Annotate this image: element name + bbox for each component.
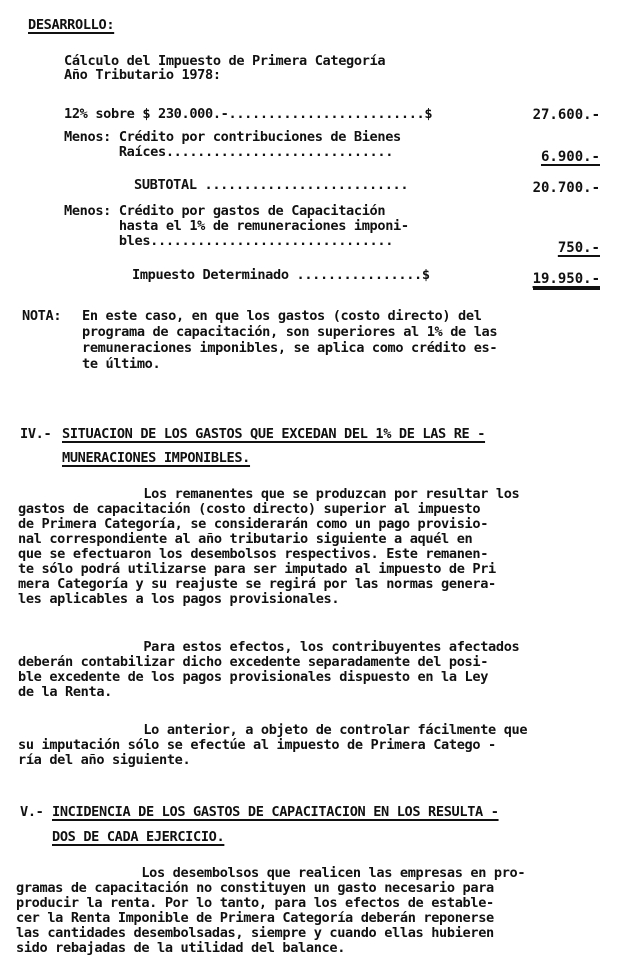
section4-p1-line: Los remanentes que se produzcan por resu… bbox=[18, 487, 519, 502]
nota-label: NOTA: bbox=[22, 309, 61, 324]
section5-p1-line: producir la renta. Por lo tanto, para lo… bbox=[16, 896, 494, 911]
section5-p1-line: sido rebajadas de la utilidad del balanc… bbox=[16, 941, 345, 956]
section5-p1-line: Los desembolsos que realicen las empresa… bbox=[16, 866, 525, 881]
calc-row-raices: Raíces............................. bbox=[64, 145, 393, 160]
section4-p2-line: deberán contabilizar dicho excedente sep… bbox=[18, 655, 488, 670]
impuesto-total-value: 19.950.- bbox=[533, 271, 600, 290]
nota-line: En este caso, en que los gastos (costo d… bbox=[82, 309, 482, 324]
section5-number: V.- bbox=[20, 805, 44, 820]
section4-p1-line: les aplicables a los pagos provisionales… bbox=[18, 592, 339, 607]
calc-amount-gross: 27.600.- bbox=[510, 107, 600, 123]
calc-row-subtotal: SUBTOTAL .......................... bbox=[134, 178, 408, 193]
section4-p1-line: gastos de capacitación (costo directo) s… bbox=[18, 502, 480, 517]
section5-p1-line: cer la Renta Imponible de Primera Catego… bbox=[16, 911, 494, 926]
section4-p2-line: de la Renta. bbox=[18, 685, 112, 700]
section5-title-line1: INCIDENCIA DE LOS GASTOS DE CAPACITACION… bbox=[52, 805, 499, 820]
calc-row-bles: bles............................... bbox=[64, 234, 393, 249]
section4-p1-line: nal correspondiente al año tributario si… bbox=[18, 532, 472, 547]
calc-row-credit-bienes: Menos: Crédito por contribuciones de Bie… bbox=[64, 130, 401, 145]
section4-p2-line: ble excedente de los pagos provisionales… bbox=[18, 670, 488, 685]
calc-amount-subtotal: 20.700.- bbox=[510, 180, 600, 196]
nota-line: te último. bbox=[82, 357, 160, 372]
section4-p1-line: que se efectuaron los desembolsos respec… bbox=[18, 547, 488, 562]
calc-title-line2: Año Tributario 1978: bbox=[64, 68, 221, 83]
section4-p2-line: Para estos efectos, los contribuyentes a… bbox=[18, 640, 519, 655]
calc-row-credit-capacitacion: Menos: Crédito por gastos de Capacitació… bbox=[64, 204, 385, 219]
section4-p1-line: de Primera Categoría, se considerarán co… bbox=[18, 517, 488, 532]
calc-row-gross: 12% sobre $ 230.000.-...................… bbox=[64, 107, 432, 122]
calc-amount-raices: 6.900.- bbox=[510, 149, 600, 165]
section4-title-line2: MUNERACIONES IMPONIBLES. bbox=[62, 451, 250, 466]
section4-p1-line: mera Categoría y su reajuste se regirá p… bbox=[18, 577, 496, 592]
section5-p1-line: las cantidades desembolsadas, siempre y … bbox=[16, 926, 494, 941]
section5-title-line2: DOS DE CADA EJERCICIO. bbox=[52, 830, 224, 845]
nota-line: remuneraciones imponibles, se aplica com… bbox=[82, 341, 497, 356]
section4-p3-line: Lo anterior, a objeto de controlar fácil… bbox=[18, 723, 527, 738]
calc-amount-capacitacion: 750.- bbox=[510, 240, 600, 256]
heading-desarrollo: DESARROLLO: bbox=[28, 18, 114, 33]
section4-p1-line: te sólo podrá utilizarse para ser imputa… bbox=[18, 562, 496, 577]
section4-title-line1: SITUACION DE LOS GASTOS QUE EXCEDAN DEL … bbox=[62, 427, 485, 442]
section4-p3-line: su imputación sólo se efectúe al impuest… bbox=[18, 738, 496, 753]
calc-row-hasta: hasta el 1% de remuneraciones imponi- bbox=[64, 219, 409, 234]
section4-p3-line: ría del año siguiente. bbox=[18, 753, 190, 768]
calc-row-impuesto-determinado: Impuesto Determinado ................$ bbox=[132, 268, 430, 283]
section5-p1-line: gramas de capacitación no constituyen un… bbox=[16, 881, 494, 896]
section4-number: IV.- bbox=[20, 427, 51, 442]
nota-line: programa de capacitación, son superiores… bbox=[82, 325, 497, 340]
calc-amount-impuesto-determinado: 19.950.- bbox=[510, 271, 600, 287]
